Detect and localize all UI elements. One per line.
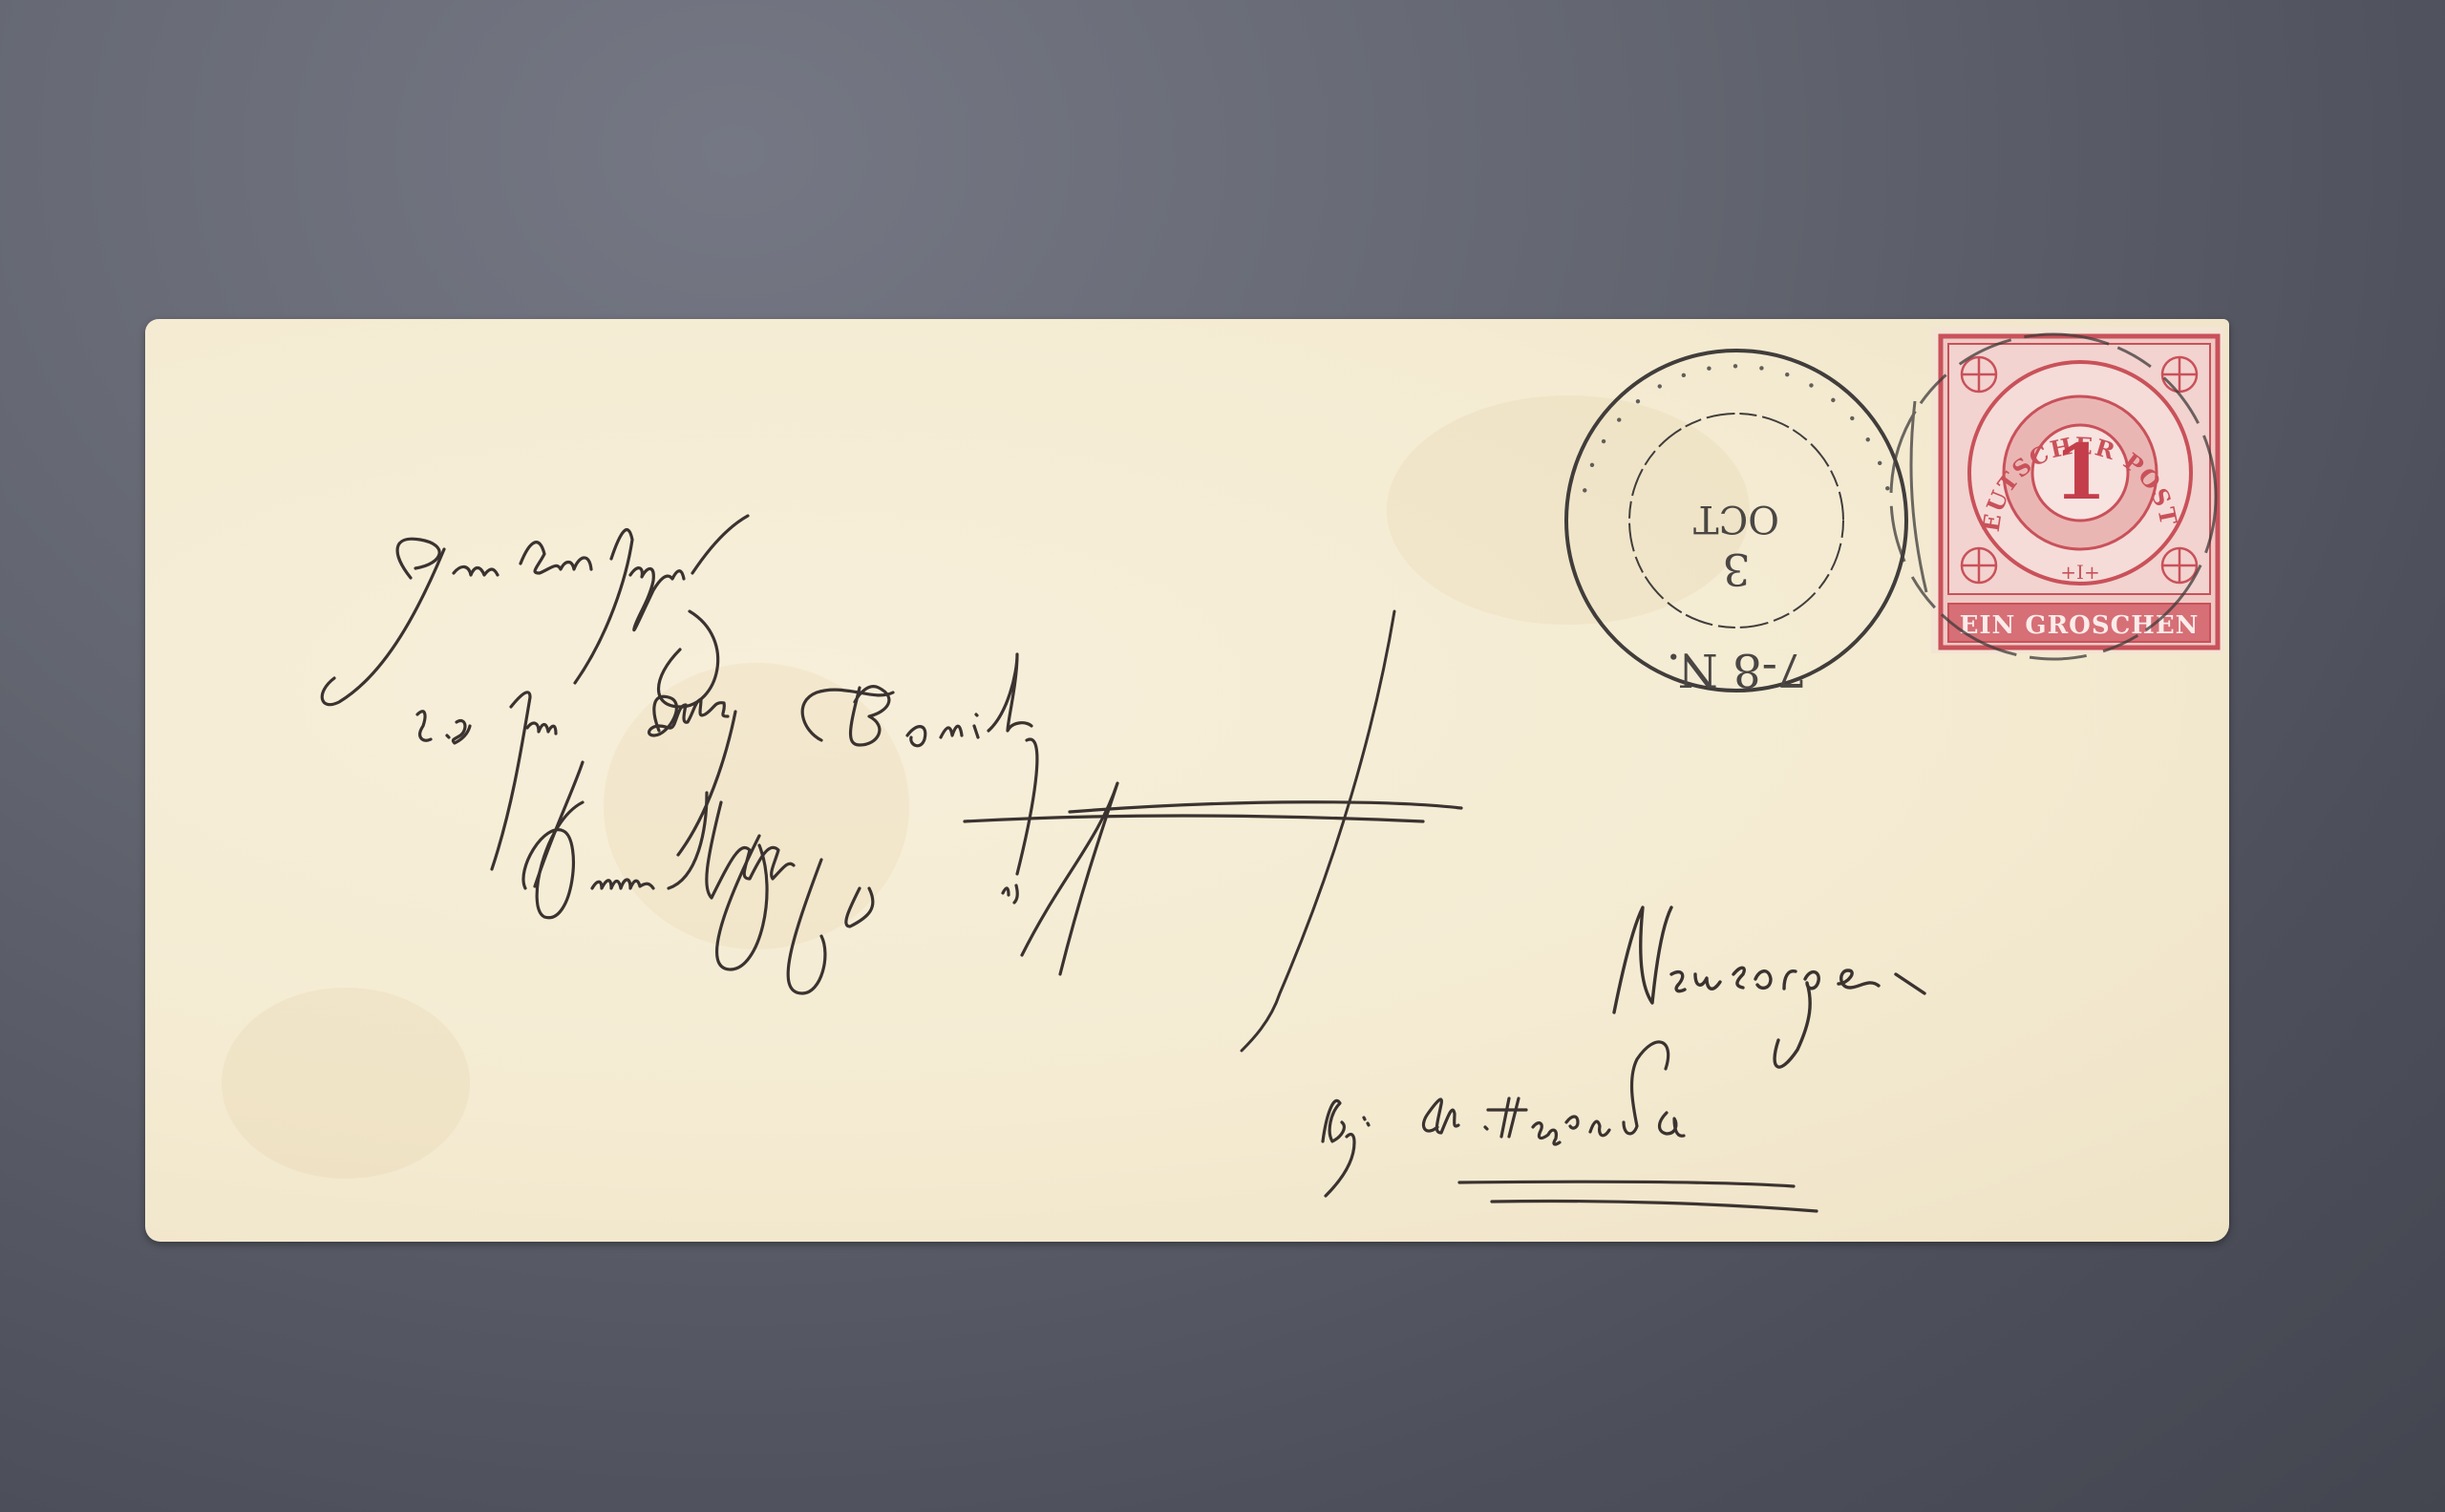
stamp-denomination: 1 [2053, 427, 2107, 517]
postmark-month: OCT [1693, 497, 1779, 541]
postmark-time: 7-8 N. [1667, 643, 1807, 696]
cover-artwork: NORDDEUTSCHER POSTBEZIRK 1 +I+ EIN GROSC… [0, 0, 2445, 1512]
address-line-3 [523, 762, 1461, 993]
handwritten-address [322, 516, 1924, 1211]
postage-stamp: NORDDEUTSCHER POSTBEZIRK 1 +I+ EIN GROSC… [0, 0, 2223, 653]
stamp-ornament: +I+ [2060, 561, 2099, 584]
postmark-day: 3 [1722, 543, 1750, 595]
svg-text:· · · · · · · · · · · · · · ·: · · · · · · · · · · · · · · · · · [1565, 348, 1906, 500]
postmark: · · · · · · · · · · · · · · · · · 3 OCT … [1565, 348, 1906, 696]
address-line-5 [1323, 1042, 1817, 1211]
address-line-1 [322, 516, 748, 707]
address-line-2 [417, 654, 1037, 874]
